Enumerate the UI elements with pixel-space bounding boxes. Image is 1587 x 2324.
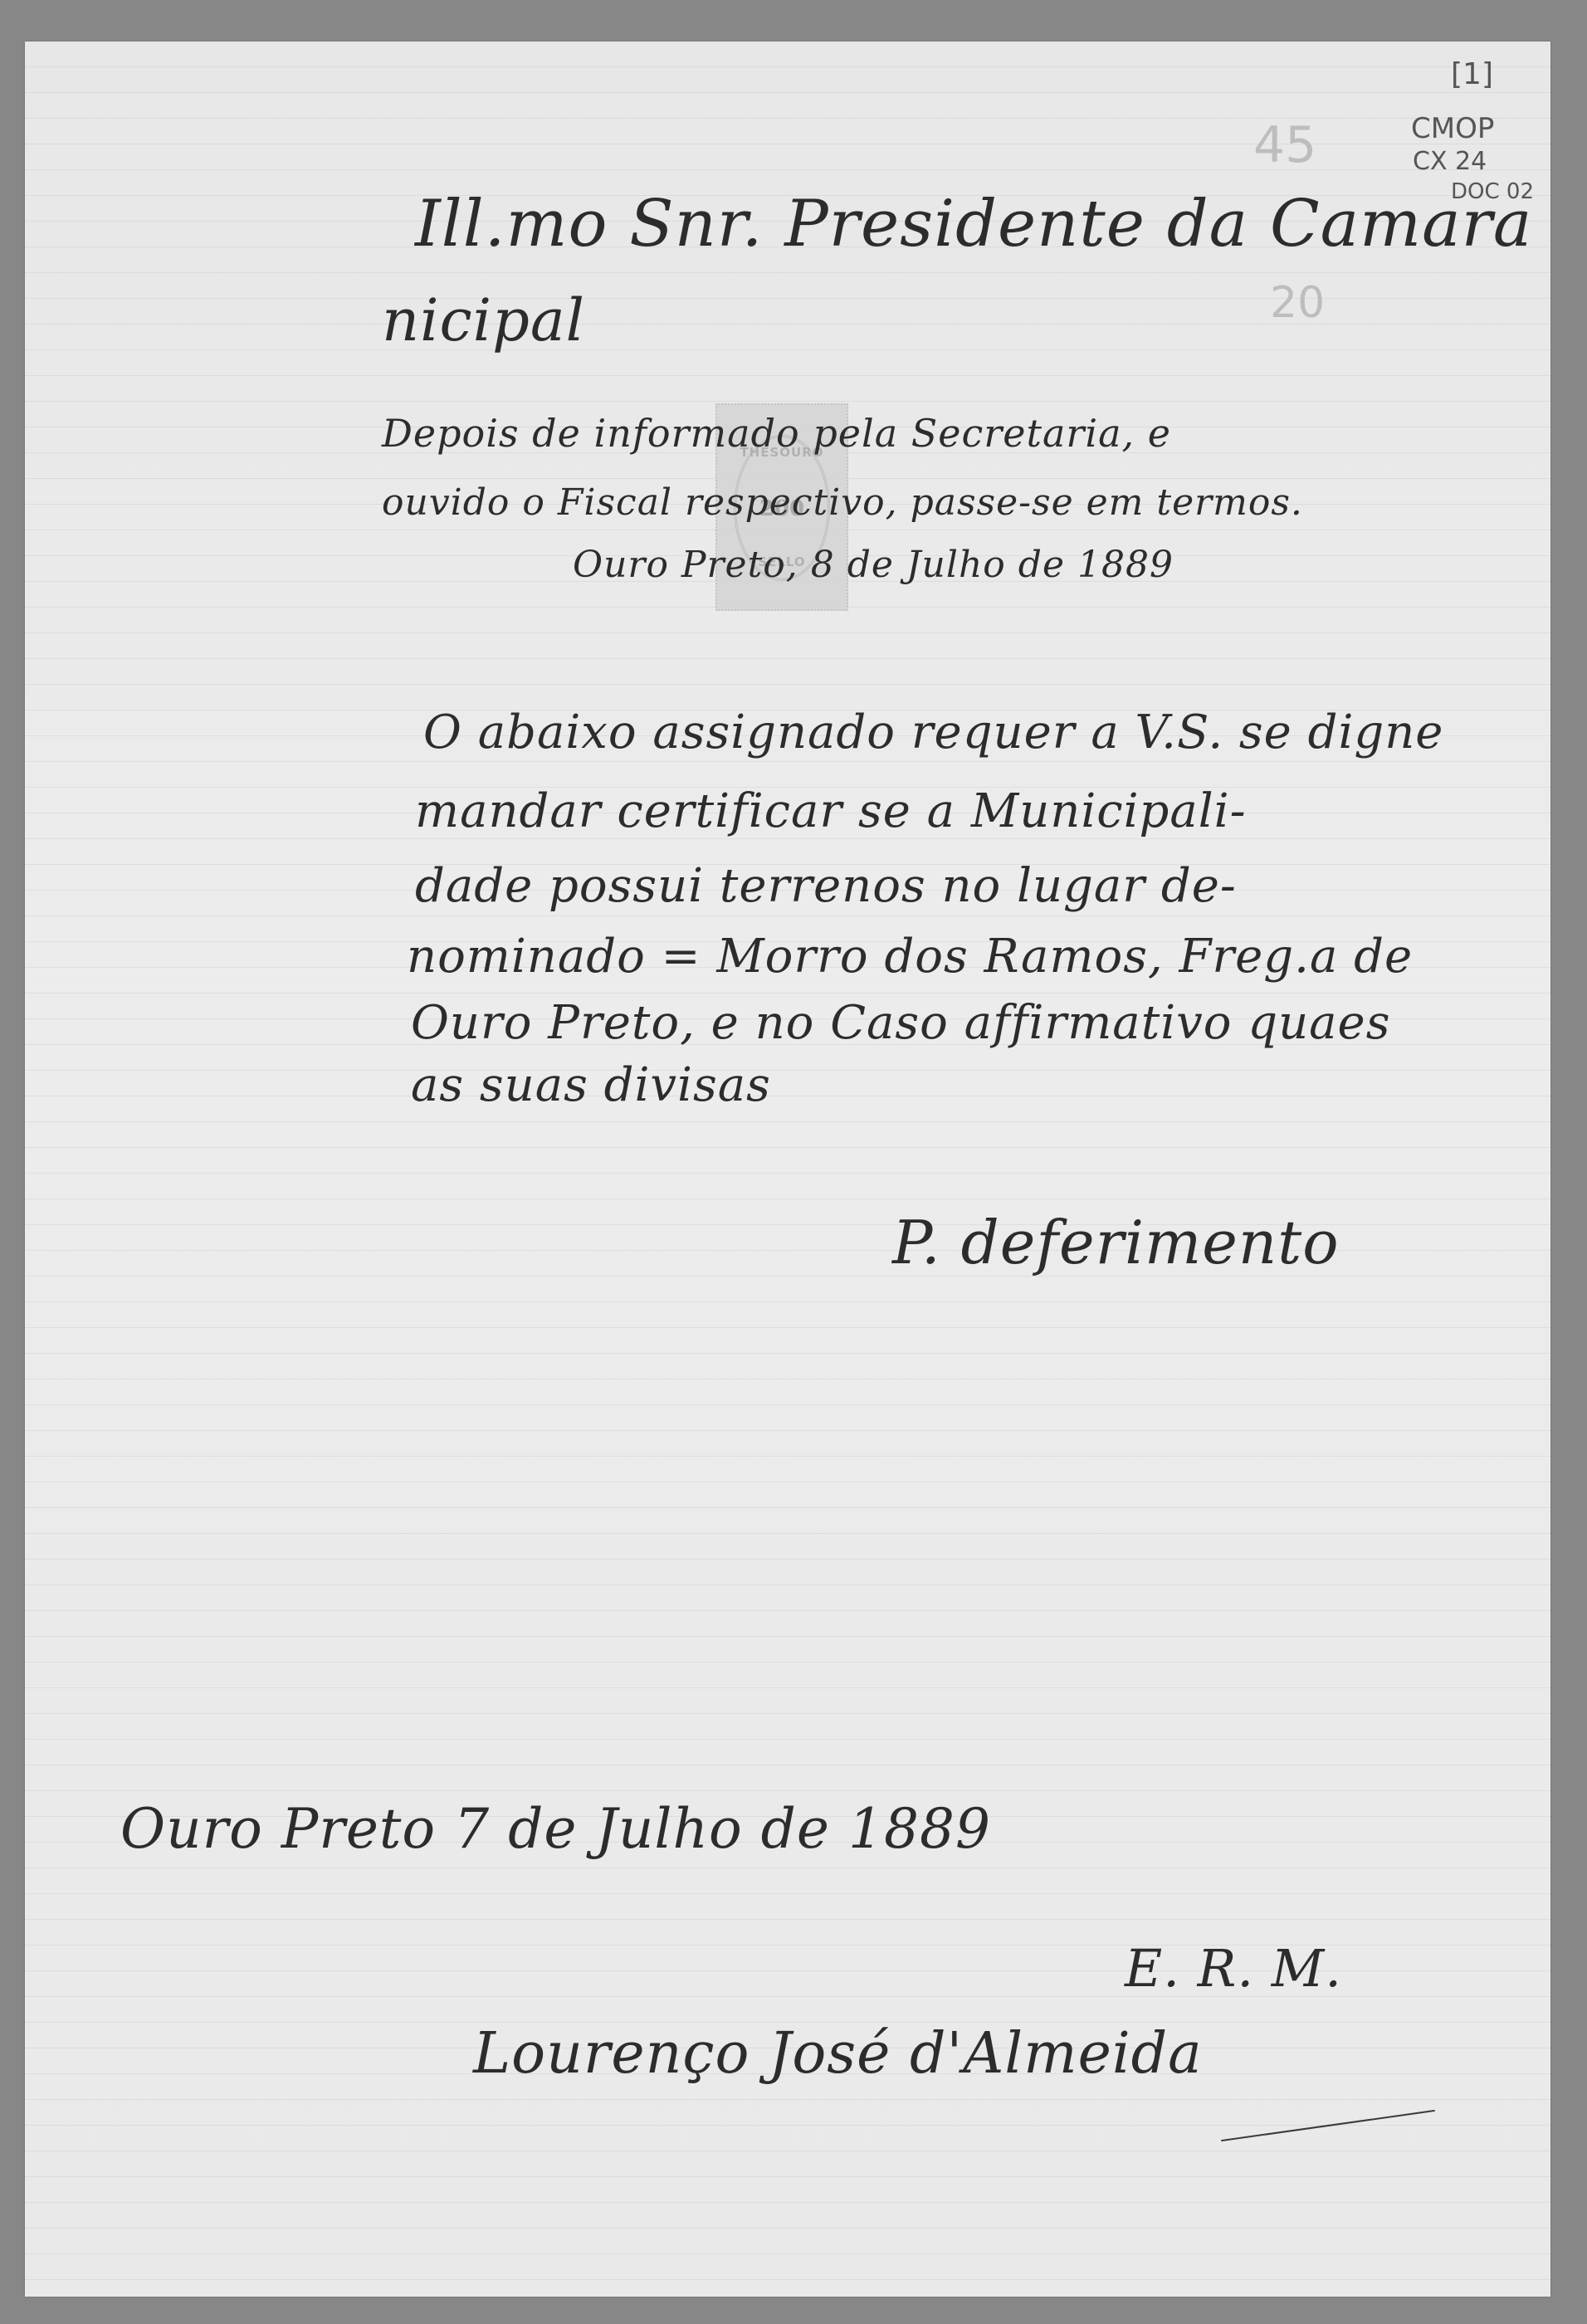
dispatch-line-3: Ouro Preto, 8 de Julho de 1889 bbox=[573, 544, 1174, 586]
signature-flourish bbox=[1221, 2110, 1435, 2141]
pencil-faint-numeral: 20 bbox=[1270, 278, 1325, 328]
pencil-folio-number: 45 bbox=[1253, 116, 1316, 174]
closing-formula: P. deferimento bbox=[892, 1208, 1340, 1277]
salutation-line-1: Ill.mo Snr. Presidente da Camara Mu- bbox=[415, 187, 1550, 261]
signature-initials: E. R. M. bbox=[1125, 1938, 1342, 1999]
archive-page-number: [1] bbox=[1451, 60, 1493, 90]
body-line-5: Ouro Preto, e no Caso affirmativo quaes bbox=[411, 996, 1390, 1050]
signature-name: Lourenço José d'Almeida bbox=[473, 2021, 1203, 2087]
archive-collection: CMOP bbox=[1411, 115, 1494, 143]
body-line-3: dade possui terrenos no lugar de- bbox=[415, 859, 1237, 913]
archive-box: CX 24 bbox=[1413, 149, 1487, 174]
dispatch-line-1: Depois de informado pela Secretaria, e bbox=[382, 411, 1171, 456]
salutation-line-2: nicipal bbox=[382, 286, 585, 354]
body-line-6: as suas divisas bbox=[411, 1058, 771, 1112]
dispatch-line-2: ouvido o Fiscal respectivo, passe-se em … bbox=[382, 481, 1303, 524]
place-and-date: Ouro Preto 7 de Julho de 1889 bbox=[120, 1797, 991, 1861]
body-line-1: O abaixo assignado requer a V.S. se dign… bbox=[423, 705, 1443, 759]
document-page: [1] CMOP CX 24 DOC 02 45 20 Ill.mo Snr. … bbox=[25, 41, 1550, 2297]
scan-frame: [1] CMOP CX 24 DOC 02 45 20 Ill.mo Snr. … bbox=[0, 0, 1587, 2324]
body-line-4: nominado = Morro dos Ramos, Freg.a de bbox=[407, 930, 1413, 984]
body-line-2: mandar certificar se a Municipali- bbox=[415, 784, 1247, 838]
